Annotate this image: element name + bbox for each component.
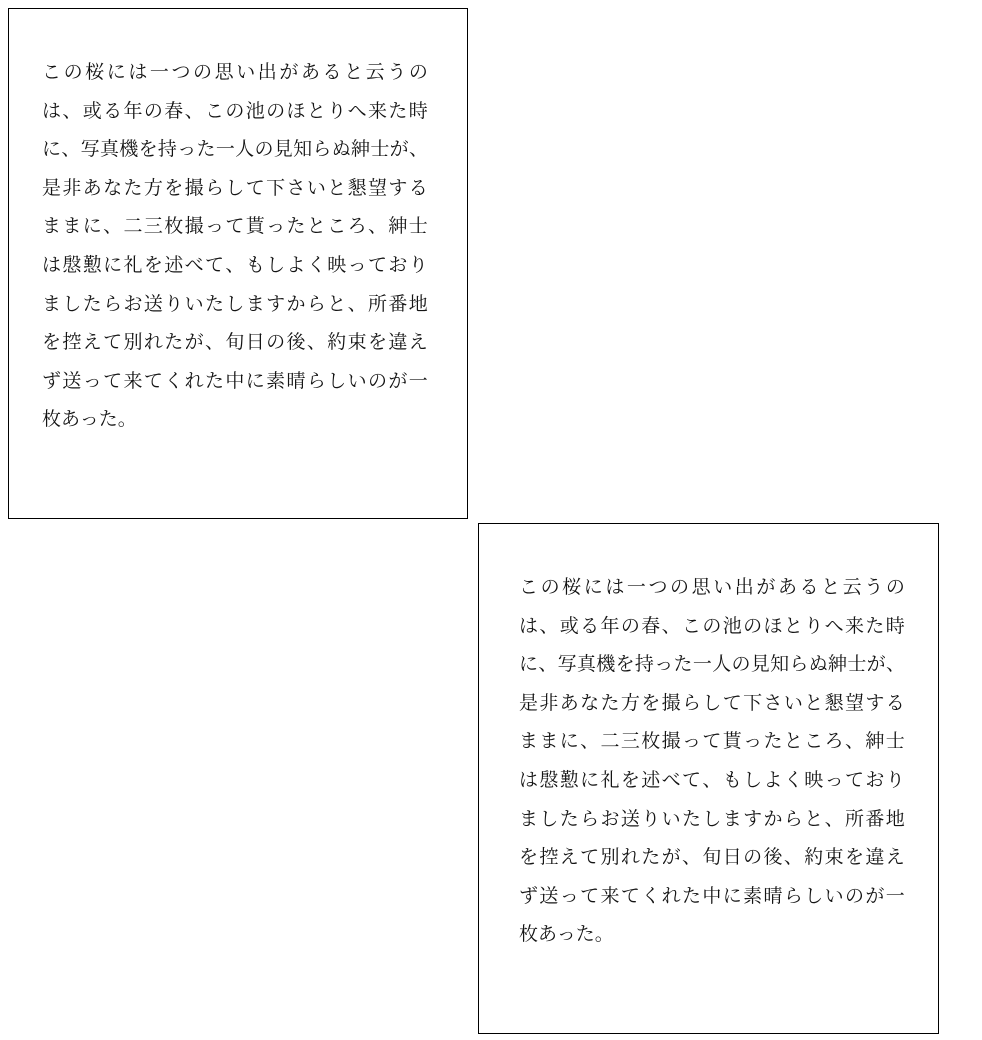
text-line: を控えて別れたが、旬日の後、約束を違え [42,324,428,363]
text-line: 是非あなた方を撮らして下さいと懇望する [519,685,905,724]
text-line: この桜には一つの思い出があると云うの [519,569,905,608]
text-line: ましたらお送りいたしますからと、所番地 [519,801,905,840]
text-line: 枚あった。 [519,916,905,955]
text-line: に、写真機を持った一人の見知らぬ紳士が、 [519,646,905,685]
text-line: 是非あなた方を撮らして下さいと懇望する [42,170,428,209]
text-line: は、或る年の春、この池のほとりへ来た時 [42,93,428,132]
text-line: ままに、二三枚撮って貰ったところ、紳士 [42,208,428,247]
paragraph: この桜には一つの思い出があると云うの は、或る年の春、この池のほとりへ来た時 に… [42,54,428,440]
page-background: { "page": { "background": "#ffffff" }, "… [0,0,982,1040]
text-line: に、写真機を持った一人の見知らぬ紳士が、 [42,131,428,170]
text-line: 枚あった。 [42,401,428,440]
text-line: は慇懃に礼を述べて、もしよく映っており [42,247,428,286]
text-line: ままに、二三枚撮って貰ったところ、紳士 [519,723,905,762]
text-line: ましたらお送りいたしますからと、所番地 [42,286,428,325]
text-line: は、或る年の春、この池のほとりへ来た時 [519,608,905,647]
text-line: ず送って来てくれた中に素晴らしいのが一 [519,878,905,917]
text-panel-bottom-right: この桜には一つの思い出があると云うの は、或る年の春、この池のほとりへ来た時 に… [478,523,939,1034]
text-line: を控えて別れたが、旬日の後、約束を違え [519,839,905,878]
text-line: ず送って来てくれた中に素晴らしいのが一 [42,363,428,402]
text-line: は慇懃に礼を述べて、もしよく映っており [519,762,905,801]
paragraph: この桜には一つの思い出があると云うの は、或る年の春、この池のほとりへ来た時 に… [519,569,905,955]
text-line: この桜には一つの思い出があると云うの [42,54,428,93]
text-panel-top-left: この桜には一つの思い出があると云うの は、或る年の春、この池のほとりへ来た時 に… [8,8,468,519]
